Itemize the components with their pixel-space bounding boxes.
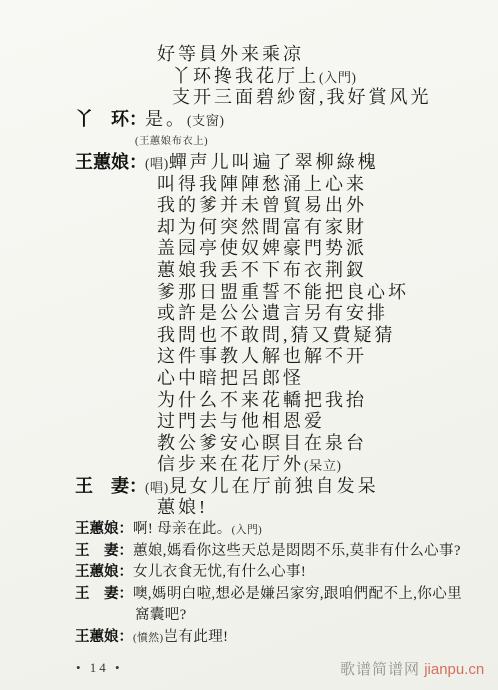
line-text: 我問也不敢問,猜又費疑猜: [157, 325, 396, 345]
line-text: 或許是公公遺言另有安排: [157, 303, 388, 323]
stage-direction: (唱): [145, 156, 169, 171]
line-text: 是。: [145, 109, 187, 129]
script-text-block: 好等員外来乘凉丫环搀我花厅上(入門)支开三面碧紗窗,我好賞风光丫 环：是。(支窗…: [0, 44, 498, 649]
speaker-name: 王蕙娘：: [75, 152, 145, 174]
line-text: 教公爹安心瞑目在泉台: [157, 433, 367, 453]
script-line: 王蕙娘：啊! 母亲在此。(入門): [75, 519, 498, 541]
line-text: 蕙娘!: [157, 497, 208, 517]
stage-direction: (支窗): [187, 113, 225, 128]
script-line: 窩囊吧?: [135, 605, 498, 627]
script-line: 这件事教人解也解不开: [157, 346, 498, 368]
stage-direction: (憤然): [133, 632, 164, 644]
line-text: 噢,媽明白啦,想必是嫌呂家穷,跟咱們配不上,你心里: [133, 586, 462, 602]
speaker-name: 王 妻：: [75, 541, 133, 563]
watermark: 歌谱简谱网 jianpu.cn: [340, 658, 484, 679]
script-line: 或許是公公遺言另有安排: [157, 303, 498, 325]
script-line: 盖园亭使奴婢豪門势派: [157, 238, 498, 260]
line-text: 見女儿在厅前独自发呆: [169, 476, 379, 496]
line-text: 叫得我陣陣愁涌上心来: [157, 174, 367, 194]
script-line: 王 妻：(唱)見女儿在厅前独自发呆: [75, 476, 498, 498]
line-text: 盖园亭使奴婢豪門势派: [157, 238, 367, 258]
line-text: 丫环搀我花厅上: [172, 66, 319, 86]
script-line: 蕙娘我丢不下布衣荆釵: [157, 260, 498, 282]
stage-direction: (王蕙娘布衣上): [135, 136, 208, 147]
speaker-name: 王 妻：: [75, 584, 133, 606]
script-line: 我的爹并未曾貿易出外: [157, 195, 498, 217]
line-text: 为什么不来花轎把我抬: [157, 390, 367, 410]
script-line: 好等員外来乘凉: [157, 44, 498, 66]
script-line: 过門去与他相恩爱: [157, 411, 498, 433]
stage-direction: (唱): [145, 480, 169, 495]
stage-direction: (入門): [319, 70, 357, 85]
line-text: 岂有此理!: [164, 629, 229, 645]
speaker-name: 王蕙娘：: [75, 519, 133, 541]
line-text: 爹那日盟重誓不能把良心坏: [157, 282, 409, 302]
line-text: 却为何突然間富有家財: [157, 217, 367, 237]
script-line: 爹那日盟重誓不能把良心坏: [157, 282, 498, 304]
script-line: 心中暗把呂郎怪: [157, 368, 498, 390]
script-line: 王 妻：噢,媽明白啦,想必是嫌呂家穷,跟咱們配不上,你心里: [75, 584, 498, 606]
script-line: 信步来在花厅外(呆立): [157, 454, 498, 476]
script-line: 支开三面碧紗窗,我好賞风光: [172, 87, 498, 109]
speaker-name: 王 妻：: [75, 476, 145, 498]
script-line: 教公爹安心瞑目在泉台: [157, 433, 498, 455]
scanned-script-page: 好等員外来乘凉丫环搀我花厅上(入門)支开三面碧紗窗,我好賞风光丫 环：是。(支窗…: [0, 0, 498, 690]
line-text: 女儿衣食无忧,有什么心事!: [133, 564, 306, 580]
script-line: 王蕙娘：(憤然)岂有此理!: [75, 627, 498, 649]
line-text: 过門去与他相恩爱: [157, 411, 325, 431]
script-line: 叫得我陣陣愁涌上心来: [157, 174, 498, 196]
speaker-name: 王蕙娘：: [75, 627, 133, 649]
line-text: 窩囊吧?: [135, 607, 187, 623]
line-text: 啊! 母亲在此。: [133, 521, 232, 537]
line-text: 心中暗把呂郎怪: [157, 368, 304, 388]
watermark-site-url: jianpu.cn: [424, 661, 484, 678]
line-text: 蟬声儿叫遍了翠柳綠槐: [169, 152, 379, 172]
page-number: • 14 •: [76, 660, 123, 676]
stage-direction: (呆立): [304, 458, 342, 473]
script-line: 丫 环：是。(支窗): [75, 109, 498, 131]
line-text: 支开三面碧紗窗,我好賞风光: [172, 87, 432, 107]
line-text: 蕙娘,媽看你这些天总是悶悶不乐,莫非有什么心事?: [133, 543, 461, 559]
stage-direction: (入門): [232, 524, 263, 536]
script-line: 蕙娘!: [157, 497, 498, 519]
line-text: 好等員外来乘凉: [157, 44, 304, 64]
speaker-name: 丫 环：: [75, 109, 145, 131]
watermark-site-name: 歌谱简谱网: [340, 661, 420, 678]
script-line: 丫环搀我花厅上(入門): [172, 66, 498, 88]
line-text: 我的爹并未曾貿易出外: [157, 195, 367, 215]
script-line: 王蕙娘：(唱)蟬声儿叫遍了翠柳綠槐: [75, 152, 498, 174]
line-text: 信步来在花厅外: [157, 454, 304, 474]
script-line: 却为何突然間富有家財: [157, 217, 498, 239]
line-text: 这件事教人解也解不开: [157, 346, 367, 366]
script-line: (王蕙娘布衣上): [135, 130, 498, 152]
script-line: 我問也不敢問,猜又費疑猜: [157, 325, 498, 347]
line-text: 蕙娘我丢不下布衣荆釵: [157, 260, 367, 280]
speaker-name: 王蕙娘：: [75, 562, 133, 584]
script-line: 王蕙娘：女儿衣食无忧,有什么心事!: [75, 562, 498, 584]
script-line: 王 妻：蕙娘,媽看你这些天总是悶悶不乐,莫非有什么心事?: [75, 541, 498, 563]
script-line: 为什么不来花轎把我抬: [157, 390, 498, 412]
